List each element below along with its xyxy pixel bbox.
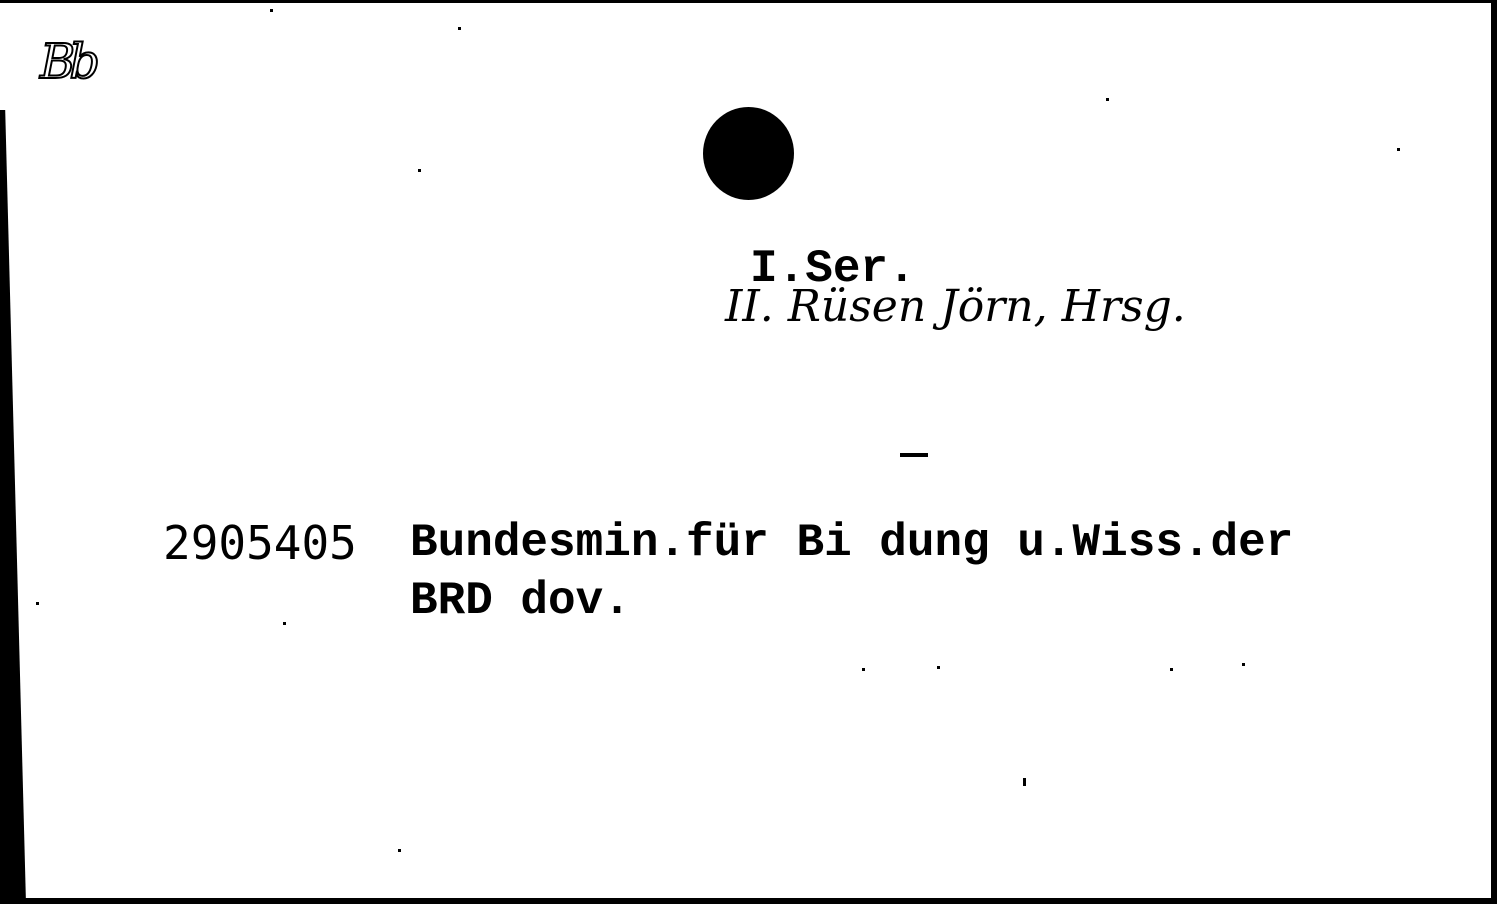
- dash-mark: [900, 453, 928, 457]
- scan-speck: [1023, 778, 1026, 786]
- punch-hole: [703, 107, 794, 200]
- scan-speck: [398, 849, 401, 852]
- scan-speck: [1106, 98, 1109, 101]
- scan-speck: [418, 169, 421, 172]
- added-entry-handwritten: II. Rüsen Jörn, Hrsg.: [725, 285, 1186, 329]
- scan-border-top: [0, 0, 1497, 3]
- scan-border-bottom: [0, 898, 1497, 904]
- corner-mark: Bb: [40, 38, 94, 86]
- scan-speck: [458, 27, 461, 30]
- scan-speck: [283, 622, 286, 625]
- main-entry-line-1: Bundesmin.für Bi dung u.Wiss.der: [410, 520, 1293, 566]
- scan-speck: [1170, 668, 1173, 671]
- catalog-card: Bb I.Ser. II. Rüsen Jörn, Hrsg. 2905405 …: [0, 0, 1497, 904]
- scan-speck: [1397, 148, 1400, 151]
- scan-border-right: [1491, 0, 1497, 904]
- scan-speck: [1242, 663, 1245, 666]
- scan-speck: [937, 666, 940, 669]
- scan-speck: [270, 9, 273, 12]
- call-number: 2905405: [163, 520, 357, 566]
- scan-speck: [862, 668, 865, 671]
- main-entry-line-2: BRD dov.: [410, 578, 631, 624]
- scan-speck: [36, 602, 39, 605]
- scan-border-left: [0, 110, 26, 904]
